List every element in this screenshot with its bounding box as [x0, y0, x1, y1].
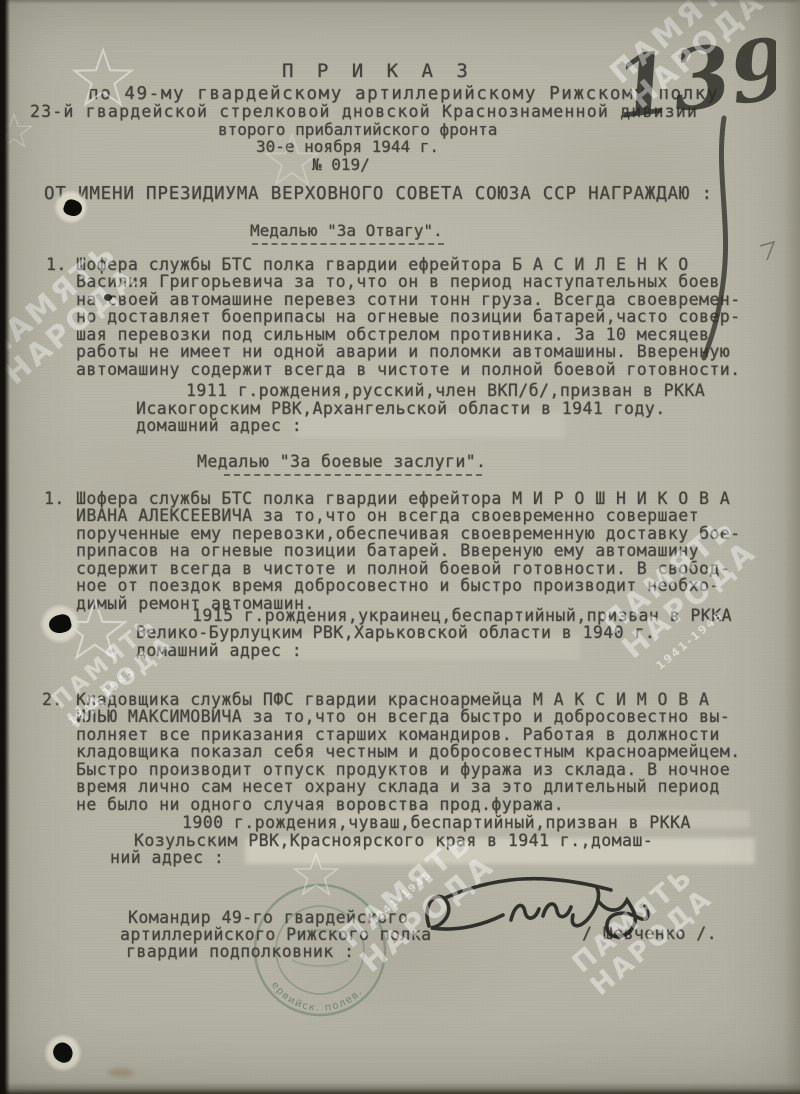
- page-number-text: 139: [609, 20, 776, 138]
- entry-line: не было ни одного случая воровства прод.…: [76, 795, 564, 814]
- ink-speck: [104, 294, 112, 301]
- entry-line: ИВАНА АЛЕКСЕЕВИЧА за то,что он всегда св…: [76, 506, 699, 525]
- scanned-order-document: ервийск. полев. П Р И К А З по 49-му гва…: [0, 0, 800, 1094]
- entry-line: кладовщика показал себя честным и доброс…: [76, 742, 741, 761]
- entry-line: припасов на огневые позиции батарей. Вве…: [76, 541, 699, 560]
- entry-line: ИЛЬЮ МАКСИМОВИЧА за то,что он всегда быс…: [76, 707, 730, 726]
- signature-title-line3: гвардии подполковник :: [126, 942, 354, 961]
- entry-bio-line: домашний адрес :: [136, 641, 302, 660]
- order-number-line: № 019/: [312, 155, 370, 174]
- svg-text:ервийск. полев.: ервийск. полев.: [269, 980, 365, 1014]
- entry-bio-line: 1900 г.рождения,чуваш,беспартийный,призв…: [182, 813, 691, 832]
- medal-heading-zaslugi-underline: [224, 474, 482, 476]
- scan-edge-bottom: [0, 1082, 800, 1094]
- order-title: П Р И К А З: [282, 60, 474, 82]
- entry-bio-line: 1911 г.рождения,русский,член ВКП/б/,приз…: [186, 381, 705, 400]
- pencil-tick-mark: [758, 240, 782, 264]
- pencil-page-number: 139: [596, 20, 776, 370]
- entry-bio-line: Велико-Бурлуцким РВК,Харьковской области…: [136, 623, 655, 642]
- entry-number: 1.: [44, 489, 65, 508]
- entry-number: 1.: [46, 255, 67, 274]
- scan-edge-left: [0, 0, 10, 1094]
- medal-heading-otvaga-underline: [252, 243, 444, 245]
- entry-number: 2.: [42, 690, 63, 709]
- scan-edge-top: [0, 0, 800, 4]
- stamp-edge-text: ервийск. полев.: [269, 980, 365, 1014]
- stain: [108, 1068, 134, 1077]
- order-date-line: 30-е ноября 1944 г.: [256, 137, 439, 156]
- entry-bio-line: домашний адрес :: [136, 416, 302, 435]
- medal-heading-otvaga: Медалью "За Отвагу".: [250, 221, 443, 240]
- scan-edge-right: [784, 0, 800, 1094]
- entry-line: ное от поездок время добросовестно и быс…: [76, 576, 720, 595]
- entry-bio-line: ний адрес :: [110, 848, 224, 867]
- medal-heading-zaslugi: Медалью "За боевые заслуги".: [197, 452, 486, 471]
- entry-line: время лично сам несет охрану склада и за…: [76, 777, 720, 796]
- handwritten-signature: [415, 868, 665, 953]
